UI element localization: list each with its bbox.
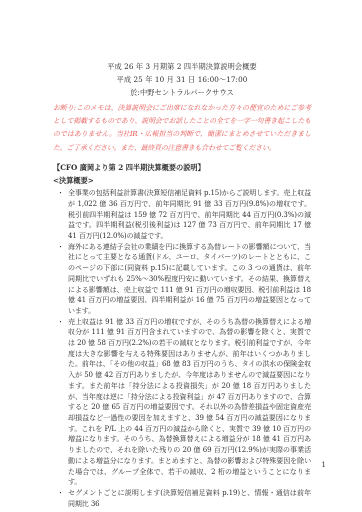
bullet-item: ・ 売上収益は 91 億 33 百万円の増収ですが、そのうち為替の換算替えによる… [57,317,311,488]
bullet-text: セグメントごとに説明します(決算短信補足資料 p.19)と、情報・通信は前年同期… [68,488,311,509]
bullet-marker: ・ [57,242,68,317]
page-number: 1 [322,461,326,469]
document-page: 平成 26 年 3 月期第 2 四半期決算説明会概要 平成 25 年 10 月 … [0,0,362,512]
bullet-item: ・ セグメントごとに説明します(決算短信補足資料 p.19)と、情報・通信は前年… [57,488,311,509]
bullet-item: ・ 海外にある連結子会社の業績を円に換算する為替レートの影響額について、当社にと… [57,242,311,317]
document-venue: 於:中野セントラルパークサウス [53,86,311,99]
title-block: 平成 26 年 3 月期第 2 四半期決算説明会概要 平成 25 年 10 月 … [53,60,311,100]
bullet-text: 売上収益は 91 億 33 百万円の増収ですが、そのうち為替の換算替えによる増収… [68,317,311,488]
subsection-heading: <決算概要> [53,175,311,187]
bullet-text: 海外にある連結子会社の業績を円に換算する為替レートの影響額について、当社にとって… [68,242,311,317]
bullet-text: 全事業の包括利益計算書(決算短信補足資料 p.15)からご説明します。売上収益が… [68,188,311,242]
bullet-list: ・ 全事業の包括利益計算書(決算短信補足資料 p.15)からご説明します。売上収… [53,188,311,509]
bullet-marker: ・ [57,188,68,242]
bullet-marker: ・ [57,317,68,488]
document-title: 平成 26 年 3 月期第 2 四半期決算説明会概要 [53,60,311,73]
document-datetime: 平成 25 年 10 月 31 日 16:00〜17:00 [53,73,311,86]
disclaimer-note: お断り:このメモは、決算説明会にご出席になれなかった方々の便宜のためにご参考とし… [53,102,311,156]
section-heading: 【CFO 廣岡より第 2 四半期決算概要の説明】 [53,162,311,174]
bullet-item: ・ 全事業の包括利益計算書(決算短信補足資料 p.15)からご説明します。売上収… [57,188,311,242]
bullet-marker: ・ [57,488,68,509]
